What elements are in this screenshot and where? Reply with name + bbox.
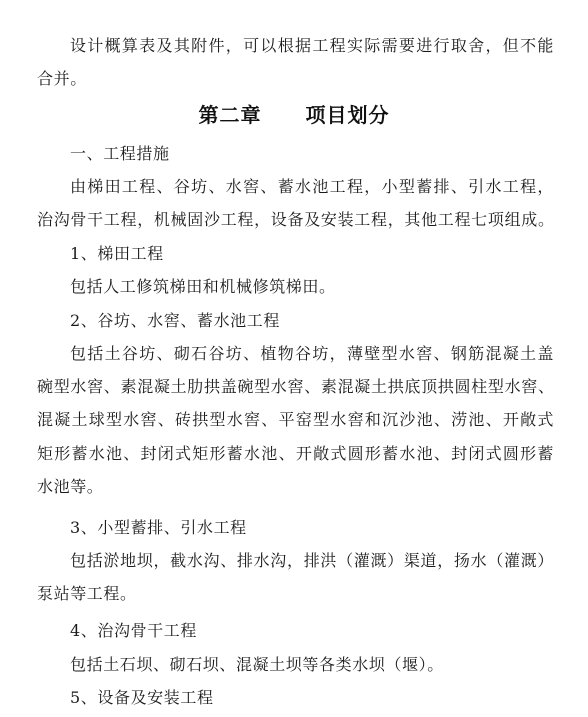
chapter-number: 第二章 [199,103,262,127]
item-heading-5: 5、设备及安装工程 [70,688,588,708]
item-body-2-line-2: 碗型水窖、素混凝土肋拱盖碗型水窖、素混凝土拱底顶拱圆柱型水窖、 [37,377,554,397]
section-heading: 一、工程措施 [70,144,588,164]
item-body-3-line-2: 泵站等工程。 [37,584,557,604]
document-page: 设计概算表及其附件，可以根据工程实际需要进行取舍，但不能 合并。 第二章项目划分… [0,0,588,717]
item-heading-4: 4、治沟骨干工程 [70,621,588,641]
item-heading-3: 3、小型蓄排、引水工程 [70,518,588,538]
item-body-2-line-4: 矩形蓄水池、封闭式矩形蓄水池、开敞式圆形蓄水池、封闭式圆形蓄 [37,444,554,464]
item-body-2-line-1: 包括土谷坊、砌石谷坊、植物谷坊，薄壁型水窖、钢筋混凝土盖 [70,344,554,364]
item-body-2-line-5: 水池等。 [37,477,557,497]
intro-paragraph-line-2: 合并。 [37,69,557,89]
item-heading-1: 1、梯田工程 [70,244,588,264]
item-body-2-line-3: 混凝土球型水窖、砖拱型水窖、平窑型水窖和沉沙池、涝池、开敞式 [37,410,554,430]
section-body-line-2: 治沟骨干工程，机械固沙工程，设备及安装工程，其他工程七项组成。 [37,210,554,230]
item-body-1-line-1: 包括人工修筑梯田和机械修筑梯田。 [70,277,588,297]
item-body-4-line-1: 包括土石坝、砌石坝、混凝土坝等各类水坝（堰）。 [70,655,588,675]
item-heading-2: 2、谷坊、水窖、蓄水池工程 [70,311,588,331]
chapter-title: 第二章项目划分 [0,102,588,128]
chapter-name: 项目划分 [306,103,390,127]
section-body-line-1: 由梯田工程、谷坊、水窖、蓄水池工程，小型蓄排、引水工程， [70,177,554,197]
item-body-3-line-1: 包括淤地坝，截水沟、排水沟，排洪（灌溉）渠道，扬水（灌溉） [70,551,554,571]
intro-paragraph-line-1: 设计概算表及其附件，可以根据工程实际需要进行取舍，但不能 [70,36,554,56]
